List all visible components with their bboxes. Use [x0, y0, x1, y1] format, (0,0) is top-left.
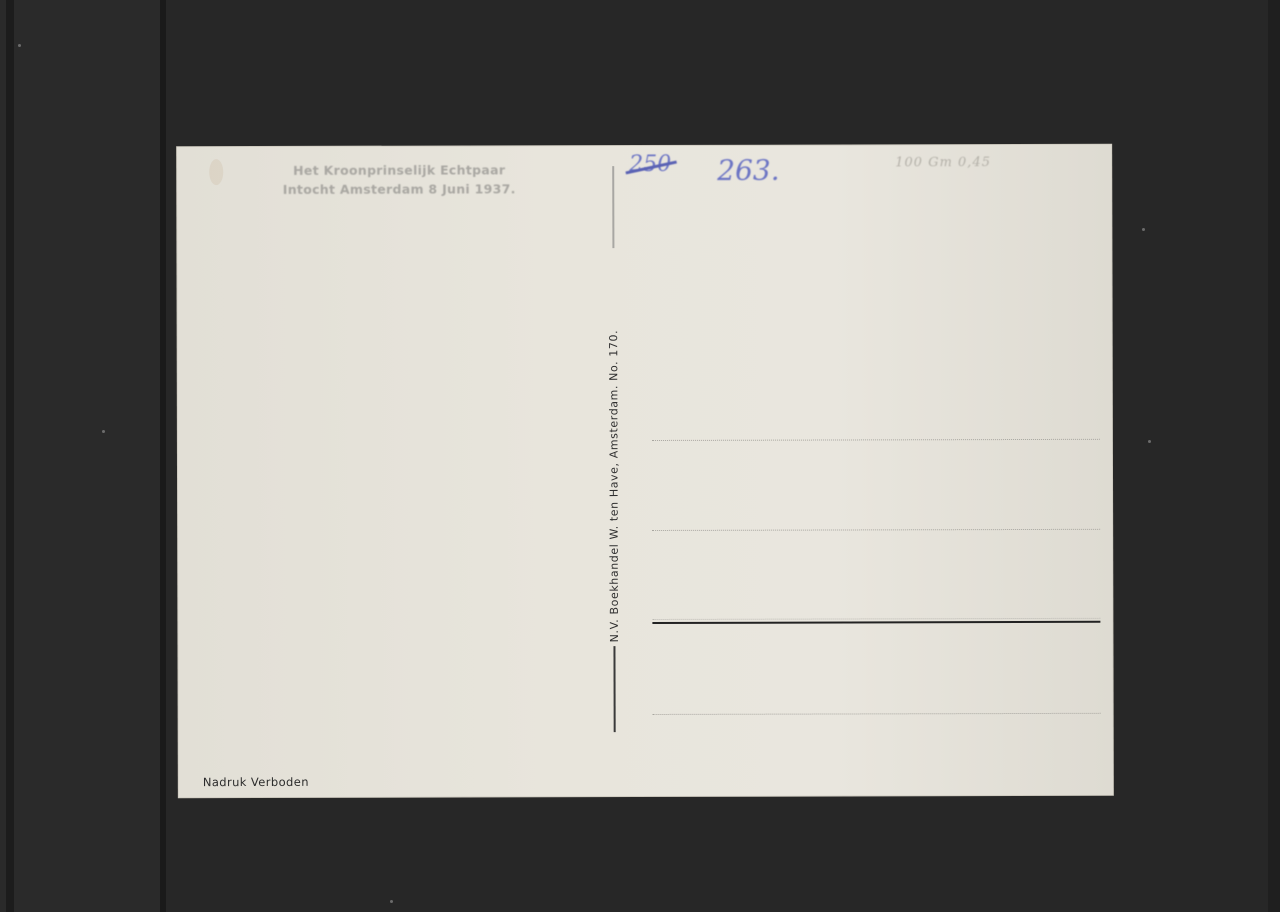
caption-line-2: Intocht Amsterdam 8 Juni 1937.: [249, 179, 549, 199]
postcard-caption: Het Kroonprinselijk Echtpaar Intocht Ams…: [249, 160, 549, 199]
backdrop-right-edge: [1268, 0, 1280, 912]
dust-speck: [18, 44, 21, 47]
address-line-2: [652, 529, 1100, 531]
caption-line-1: Het Kroonprinselijk Echtpaar: [249, 160, 549, 180]
publisher-imprint: N.V. Boekhandel W. ten Have, Amsterdam. …: [607, 330, 621, 643]
address-line-4: [653, 713, 1101, 715]
pencil-note: 100 Gm 0,45: [895, 155, 991, 170]
stain-mark: [209, 159, 223, 185]
backdrop-edge: [6, 0, 14, 912]
divider-line-top: [612, 166, 614, 248]
address-line-1: [652, 439, 1100, 441]
divider-line-bottom: [613, 646, 615, 732]
dust-speck: [390, 900, 393, 903]
footer-notice: Nadruk Verboden: [203, 775, 309, 789]
dust-speck: [102, 430, 105, 433]
dust-speck: [1148, 440, 1151, 443]
dust-speck: [1142, 228, 1145, 231]
postcard-back: Het Kroonprinselijk Echtpaar Intocht Ams…: [177, 145, 1113, 797]
handwritten-number: 263.: [717, 154, 779, 187]
address-line-3: [652, 621, 1100, 624]
handwritten-struck-number: 250: [629, 152, 671, 177]
backdrop-left-panel: [0, 0, 165, 912]
